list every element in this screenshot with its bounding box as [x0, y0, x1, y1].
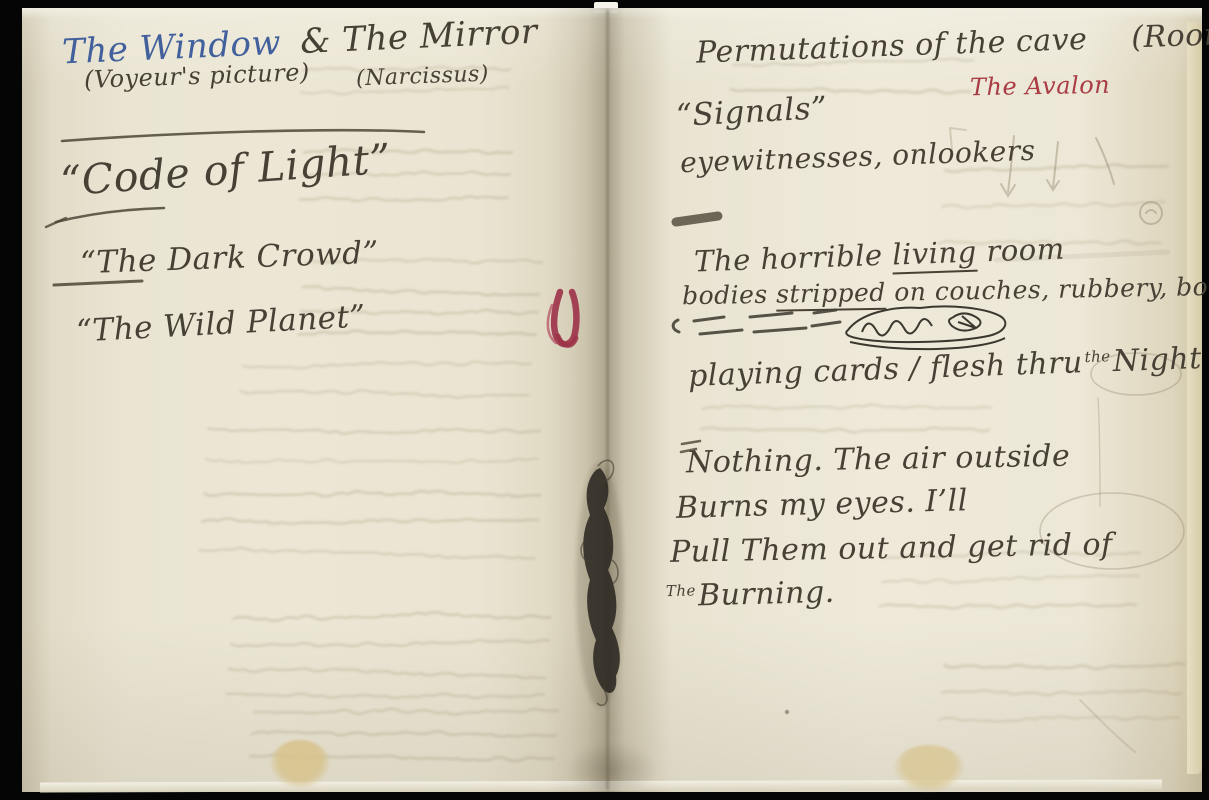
notebook-photo: The Window & The Mirror (Voyeur's pictur… [0, 0, 1209, 800]
living-room-post: room [976, 232, 1065, 269]
bodies-underlined: stripped [776, 278, 886, 312]
bleedthrough-ghost [202, 412, 542, 472]
playing-post: Night [1112, 341, 1202, 379]
poem-line-4: TheBurning. [664, 575, 836, 614]
heading-room: (Room) [1131, 16, 1209, 55]
poem-line-4-sup: The [666, 581, 697, 600]
spine-foot-shadow [566, 742, 656, 788]
bodies-post: on couches, rubbery, boneless [886, 271, 1209, 307]
tape-stain-right [894, 745, 964, 792]
bleedthrough-ghost [224, 605, 553, 705]
annotation-avalon: The Avalon [970, 71, 1111, 101]
playing-sup: the [1084, 347, 1111, 366]
spine-crease [606, 10, 609, 790]
poem-line-4-text: Burning. [698, 575, 836, 614]
subtitle-narcissus: (Narcissus) [356, 62, 490, 92]
bleedthrough-ghost [196, 478, 548, 563]
living-room-pre: The horrible [694, 238, 893, 279]
tape-stain-left [270, 740, 330, 788]
bodies-pre: bodies [682, 280, 777, 311]
poem-line-1: Nothing. The air outside [686, 439, 1071, 481]
bleedthrough-ghost [936, 650, 1193, 732]
living-room-underlined: living [892, 235, 978, 275]
bleedthrough-ghost [238, 352, 542, 402]
bleedthrough-ghost [698, 398, 1001, 438]
